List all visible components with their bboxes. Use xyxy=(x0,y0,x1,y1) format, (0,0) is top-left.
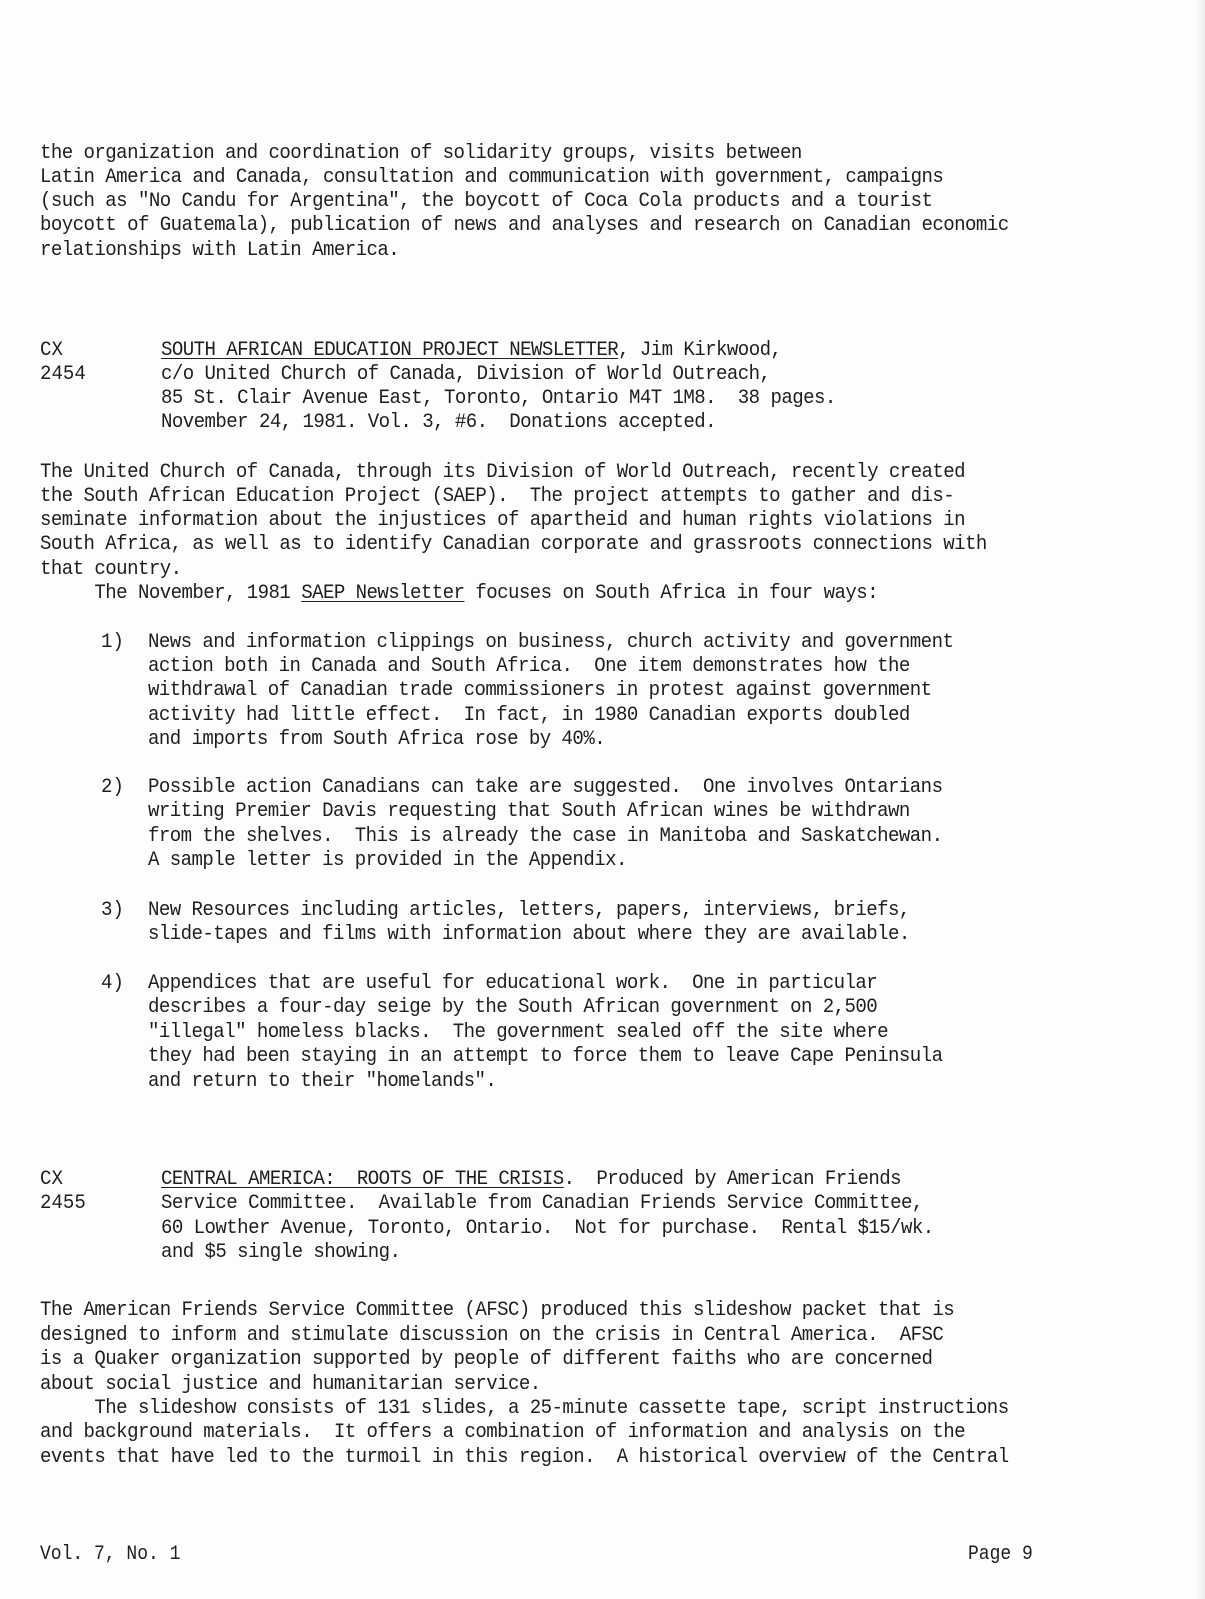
list-marker: 3) xyxy=(101,899,124,924)
text-line: New Resources including articles, letter… xyxy=(148,899,910,924)
text-line: designed to inform and stimulate discuss… xyxy=(40,1324,943,1349)
text-line: from the shelves. This is already the ca… xyxy=(148,825,942,850)
text-line: action both in Canada and South Africa. … xyxy=(148,655,910,680)
text-line: about social justice and humanitarian se… xyxy=(40,1373,541,1398)
text-line: is a Quaker organization supported by pe… xyxy=(40,1348,932,1373)
text-line: withdrawal of Canadian trade commissione… xyxy=(148,679,932,704)
text-line: describes a four-day seige by the South … xyxy=(148,996,877,1021)
text-line: they had been staying in an attempt to f… xyxy=(148,1045,942,1070)
document-page: the organization and coordination of sol… xyxy=(0,0,1205,1599)
focus-line: The November, 1981 SAEP Newsletter focus… xyxy=(40,582,878,607)
text-line: The United Church of Canada, through its… xyxy=(40,461,965,486)
text-line: South Africa, as well as to identify Can… xyxy=(40,533,987,558)
citation-line: and $5 single showing. xyxy=(161,1241,400,1266)
citation-line: c/o United Church of Canada, Division of… xyxy=(161,363,770,388)
text-line: The American Friends Service Committee (… xyxy=(40,1299,954,1324)
text-line: A sample letter is provided in the Appen… xyxy=(148,849,627,874)
text-line: News and information clippings on busine… xyxy=(148,631,953,656)
page-edge-shadow xyxy=(1195,0,1205,1599)
citation-line: 85 St. Clair Avenue East, Toronto, Ontar… xyxy=(161,387,836,412)
text-line: the South African Education Project (SAE… xyxy=(40,485,954,510)
text-line: "illegal" homeless blacks. The governmen… xyxy=(148,1021,888,1046)
entry-author: , Jim Kirkwood, xyxy=(618,339,781,362)
text-line: slide-tapes and films with information a… xyxy=(148,923,910,948)
citation-line: November 24, 1981. Vol. 3, #6. Donations… xyxy=(161,411,716,436)
text-line: and return to their "homelands". xyxy=(148,1070,496,1095)
entry-citation-first-line: SOUTH AFRICAN EDUCATION PROJECT NEWSLETT… xyxy=(161,339,781,364)
list-marker: 2) xyxy=(101,776,124,801)
text-line: that country. xyxy=(40,558,181,583)
text-line: seminate information about the injustice… xyxy=(40,509,965,534)
text-line: writing Premier Davis requesting that So… xyxy=(148,800,910,825)
text-line: and background materials. It offers a co… xyxy=(40,1421,965,1446)
footer-page-number: Page 9 xyxy=(968,1543,1033,1567)
list-marker: 1) xyxy=(101,631,124,656)
text-line: (such as "No Candu for Argentina", the b… xyxy=(40,190,932,215)
text-line: activity had little effect. In fact, in … xyxy=(148,704,910,729)
entry-number: 2455 xyxy=(40,1192,86,1217)
citation-line: 60 Lowther Avenue, Toronto, Ontario. Not… xyxy=(161,1217,934,1242)
list-marker: 4) xyxy=(101,972,124,997)
text-line: Possible action Canadians can take are s… xyxy=(148,776,942,801)
entry-code: CX xyxy=(40,339,63,364)
text-line: relationships with Latin America. xyxy=(40,239,399,264)
entry-title: CENTRAL AMERICA: ROOTS OF THE CRISIS xyxy=(161,1168,564,1191)
text-line: and imports from South Africa rose by 40… xyxy=(148,728,605,753)
entry-number: 2454 xyxy=(40,363,86,388)
entry-code: CX xyxy=(40,1168,63,1193)
footer-volume: Vol. 7, No. 1 xyxy=(40,1543,180,1567)
text-line: events that have led to the turmoil in t… xyxy=(40,1446,1009,1471)
entry-title: SOUTH AFRICAN EDUCATION PROJECT NEWSLETT… xyxy=(161,339,618,362)
entry-producer: . Produced by American Friends xyxy=(564,1168,901,1191)
text-line: the organization and coordination of sol… xyxy=(40,142,802,167)
text-line: Latin America and Canada, consultation a… xyxy=(40,166,943,191)
text-line: boycott of Guatemala), publication of ne… xyxy=(40,214,1009,239)
text-line: The slideshow consists of 131 slides, a … xyxy=(40,1397,1009,1422)
citation-line: Service Committee. Available from Canadi… xyxy=(161,1192,923,1217)
publication-title: SAEP Newsletter xyxy=(301,582,464,605)
entry-citation-first-line: CENTRAL AMERICA: ROOTS OF THE CRISIS. Pr… xyxy=(161,1168,901,1193)
text-line: Appendices that are useful for education… xyxy=(148,972,877,997)
